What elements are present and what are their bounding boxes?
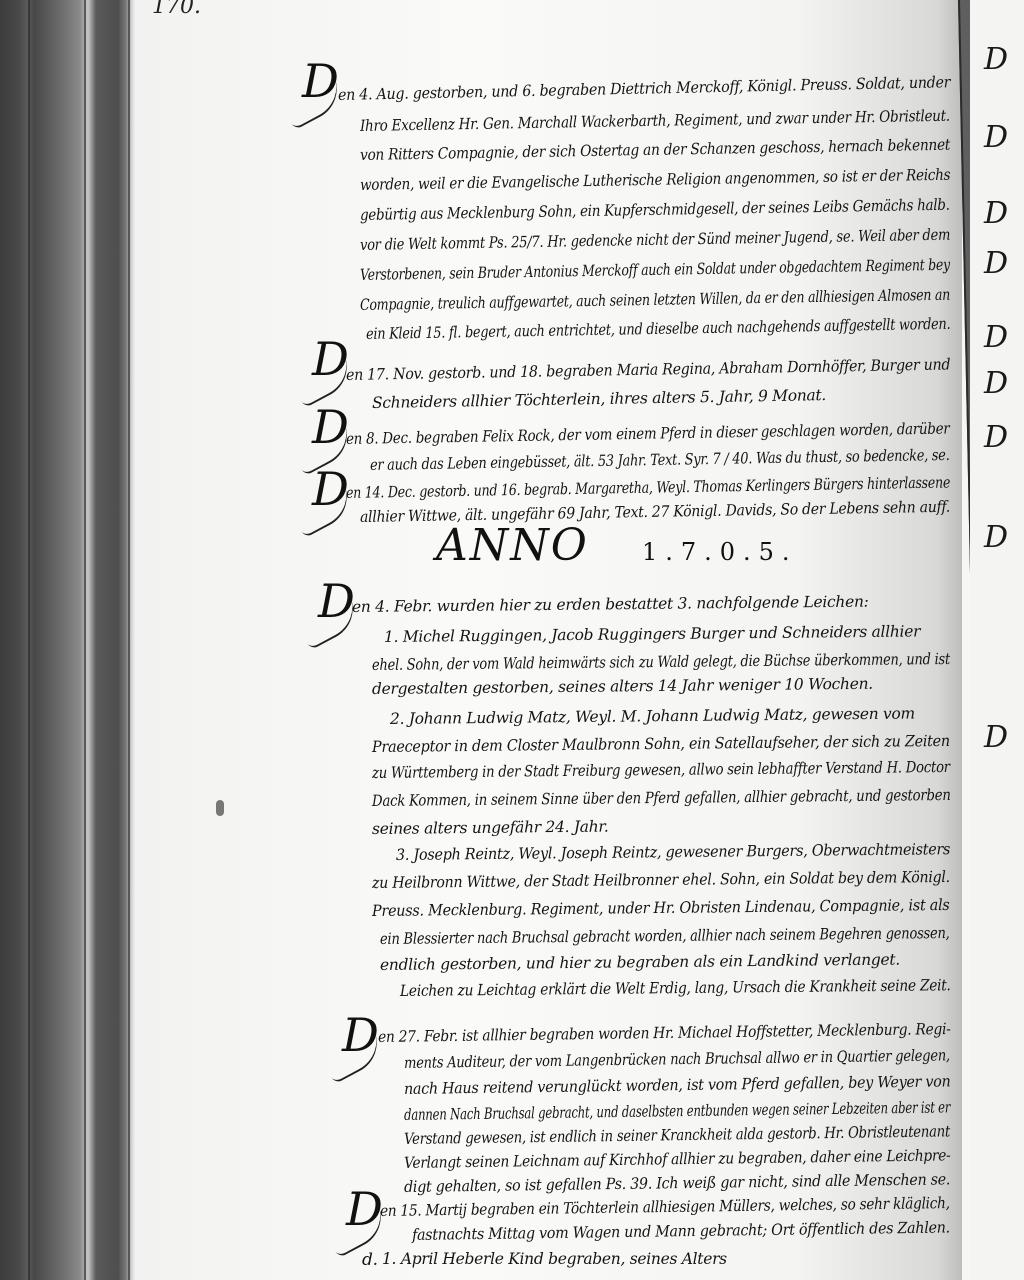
anno-word: ANNO — [436, 520, 589, 571]
binding-edge-line — [28, 0, 30, 1280]
margin-initial: D — [984, 320, 1008, 355]
margin-initial: D — [984, 720, 1008, 755]
margin-initial: D — [984, 520, 1008, 555]
year-heading: ANNO 1.7.0.5. — [436, 520, 798, 571]
binding-edge-line — [84, 0, 86, 1280]
anno-year: 1.7.0.5. — [642, 538, 798, 566]
adjacent-page: D D D D D D D D D — [970, 0, 1024, 1280]
entry-line: seines alters ungefähr 24. Jahr. — [372, 818, 609, 838]
book-binding — [0, 0, 135, 1280]
margin-initial: D — [984, 196, 1008, 231]
entry-initial: D — [318, 578, 355, 624]
entry-initial: D — [346, 1186, 383, 1232]
binding-edge-line — [128, 0, 130, 1280]
entry-initial: D — [312, 336, 349, 382]
entry-initial: D — [342, 1012, 379, 1058]
entry-initial: D — [312, 404, 349, 450]
entry-line: 1. April Heberle Kind begraben, seines A… — [382, 1250, 727, 1268]
folio-number: 170. — [152, 0, 201, 19]
margin-initial: D — [984, 120, 1008, 155]
margin-initial: D — [984, 246, 1008, 281]
ink-blot — [216, 800, 224, 816]
entry-initial: D — [302, 58, 339, 104]
margin-initial: D — [984, 420, 1008, 455]
entry-initial: d. — [362, 1250, 378, 1270]
margin-initial: D — [984, 42, 1008, 77]
margin-initial: D — [984, 366, 1008, 401]
entry-initial: D — [312, 466, 349, 512]
